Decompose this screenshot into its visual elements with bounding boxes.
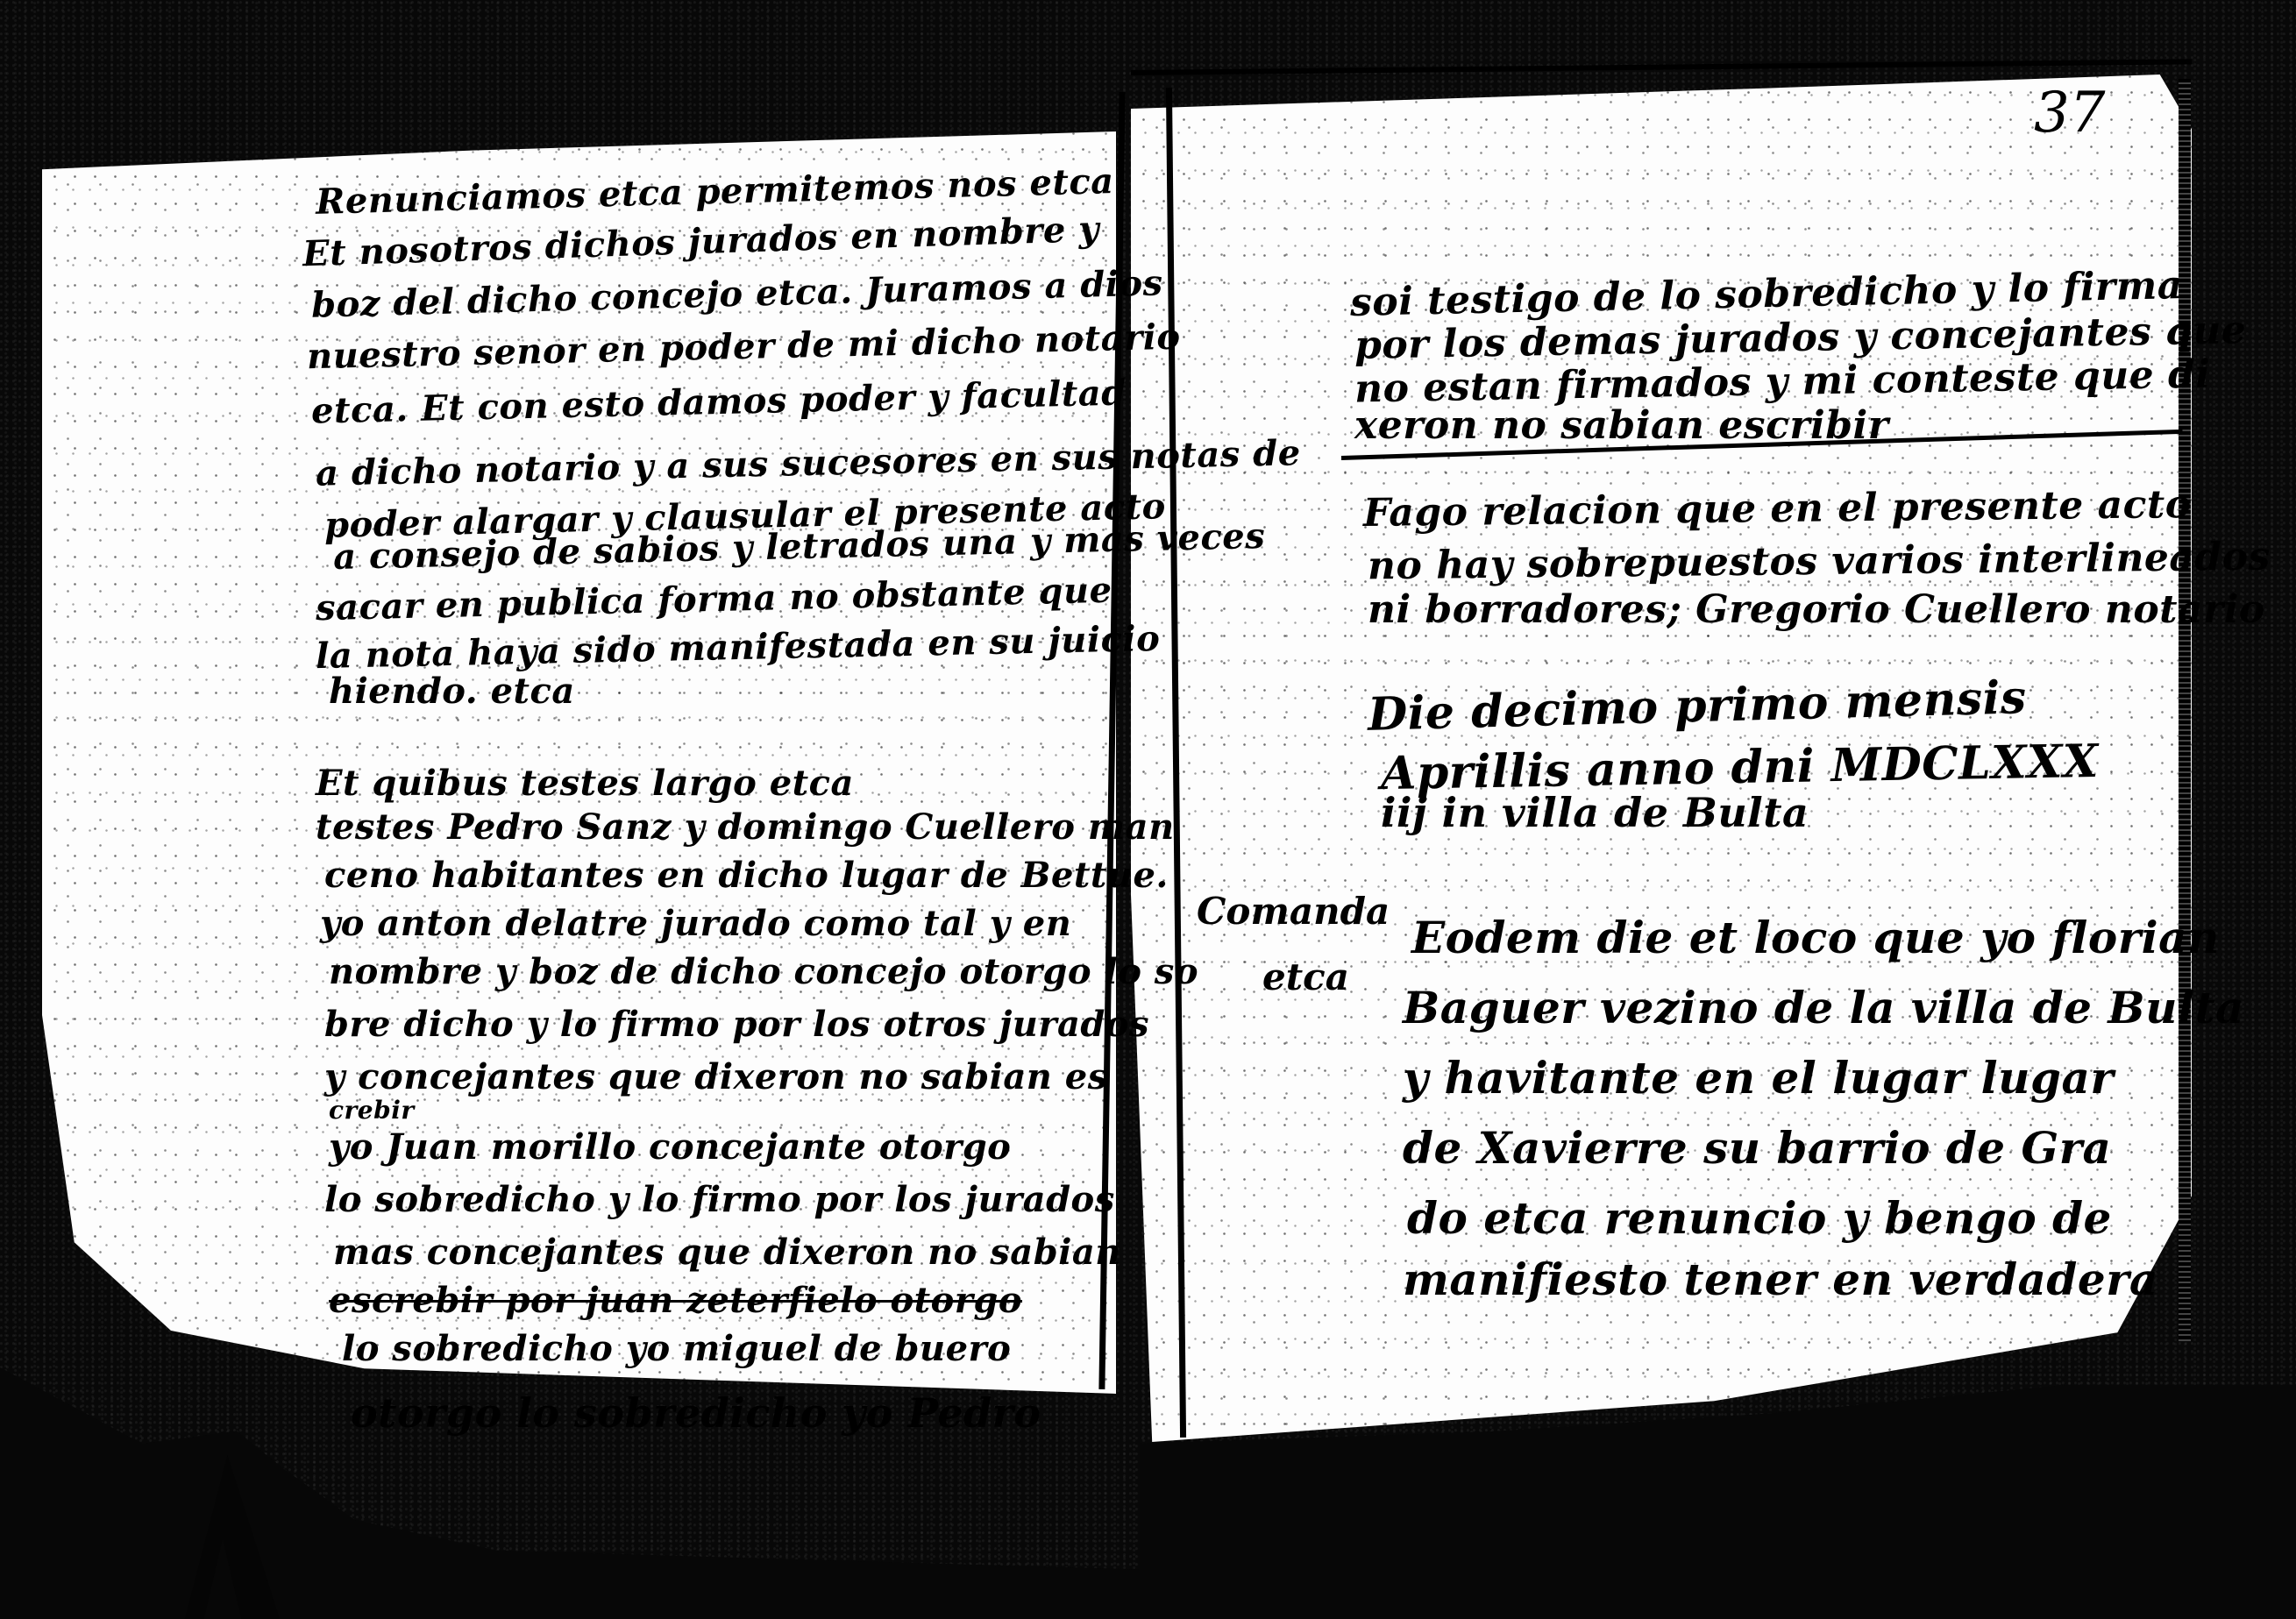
text-line: iij in villa de Bulta [1381, 789, 1809, 836]
text-line: ceno habitantes en dicho lugar de Bettue… [324, 855, 1169, 896]
text-line: de Xavierre su barrio de Gra [1403, 1122, 2111, 1174]
text-line: hiendo. etca [329, 671, 575, 712]
text-line: yo anton delatre jurado como tal y en [320, 903, 1071, 944]
text-line: bre dicho y lo firmo por los otros jurad… [324, 1004, 1149, 1045]
text-line: crebir [329, 1096, 415, 1125]
text-line: mas concejantes que dixeron no sabian [333, 1232, 1121, 1273]
margin-note-etca: etca [1262, 955, 1349, 998]
text-line: yo Juan morillo concejante otorgo [329, 1126, 1011, 1168]
folio-number: 37 [2034, 81, 2105, 146]
text-line: manifiesto tener en verdadera [1403, 1253, 2158, 1305]
text-line-struck: escrebir por juan zeterfielo otorgo [329, 1280, 1022, 1321]
text-line: testes Pedro Sanz y domingo Cuellero man [316, 806, 1175, 848]
text-line: otorgo lo sobredicho yo Pedro [351, 1389, 1041, 1437]
text-line: lo sobredicho y lo firmo por los jurados [324, 1179, 1115, 1220]
text-line: lo sobredicho yo miguel de buero [342, 1328, 1011, 1369]
text-line: y havitante en el lugar lugar [1403, 1052, 2114, 1104]
notary-signature: ni borradores; Gregorio Cuellero notario [1368, 587, 2265, 632]
text-line: nombre y boz de dicho concejo otorgo lo … [329, 951, 1198, 992]
text-line: do etca renuncio y bengo de [1407, 1192, 2112, 1244]
text-line: y concejantes que dixeron no sabian es [324, 1056, 1108, 1097]
text-line: Et quibus testes largo etca [316, 763, 854, 804]
text-line: Fago relacion que en el presente acto [1363, 482, 2192, 536]
margin-note-comanda: Comanda [1197, 890, 1390, 933]
text-line: no hay sobrepuestos varios interlineados [1368, 535, 2271, 589]
text-line: Eodem die et loco que yo florian [1411, 912, 2220, 963]
text-line: Baguer vezino de la villa de Bulta [1403, 982, 2244, 1033]
